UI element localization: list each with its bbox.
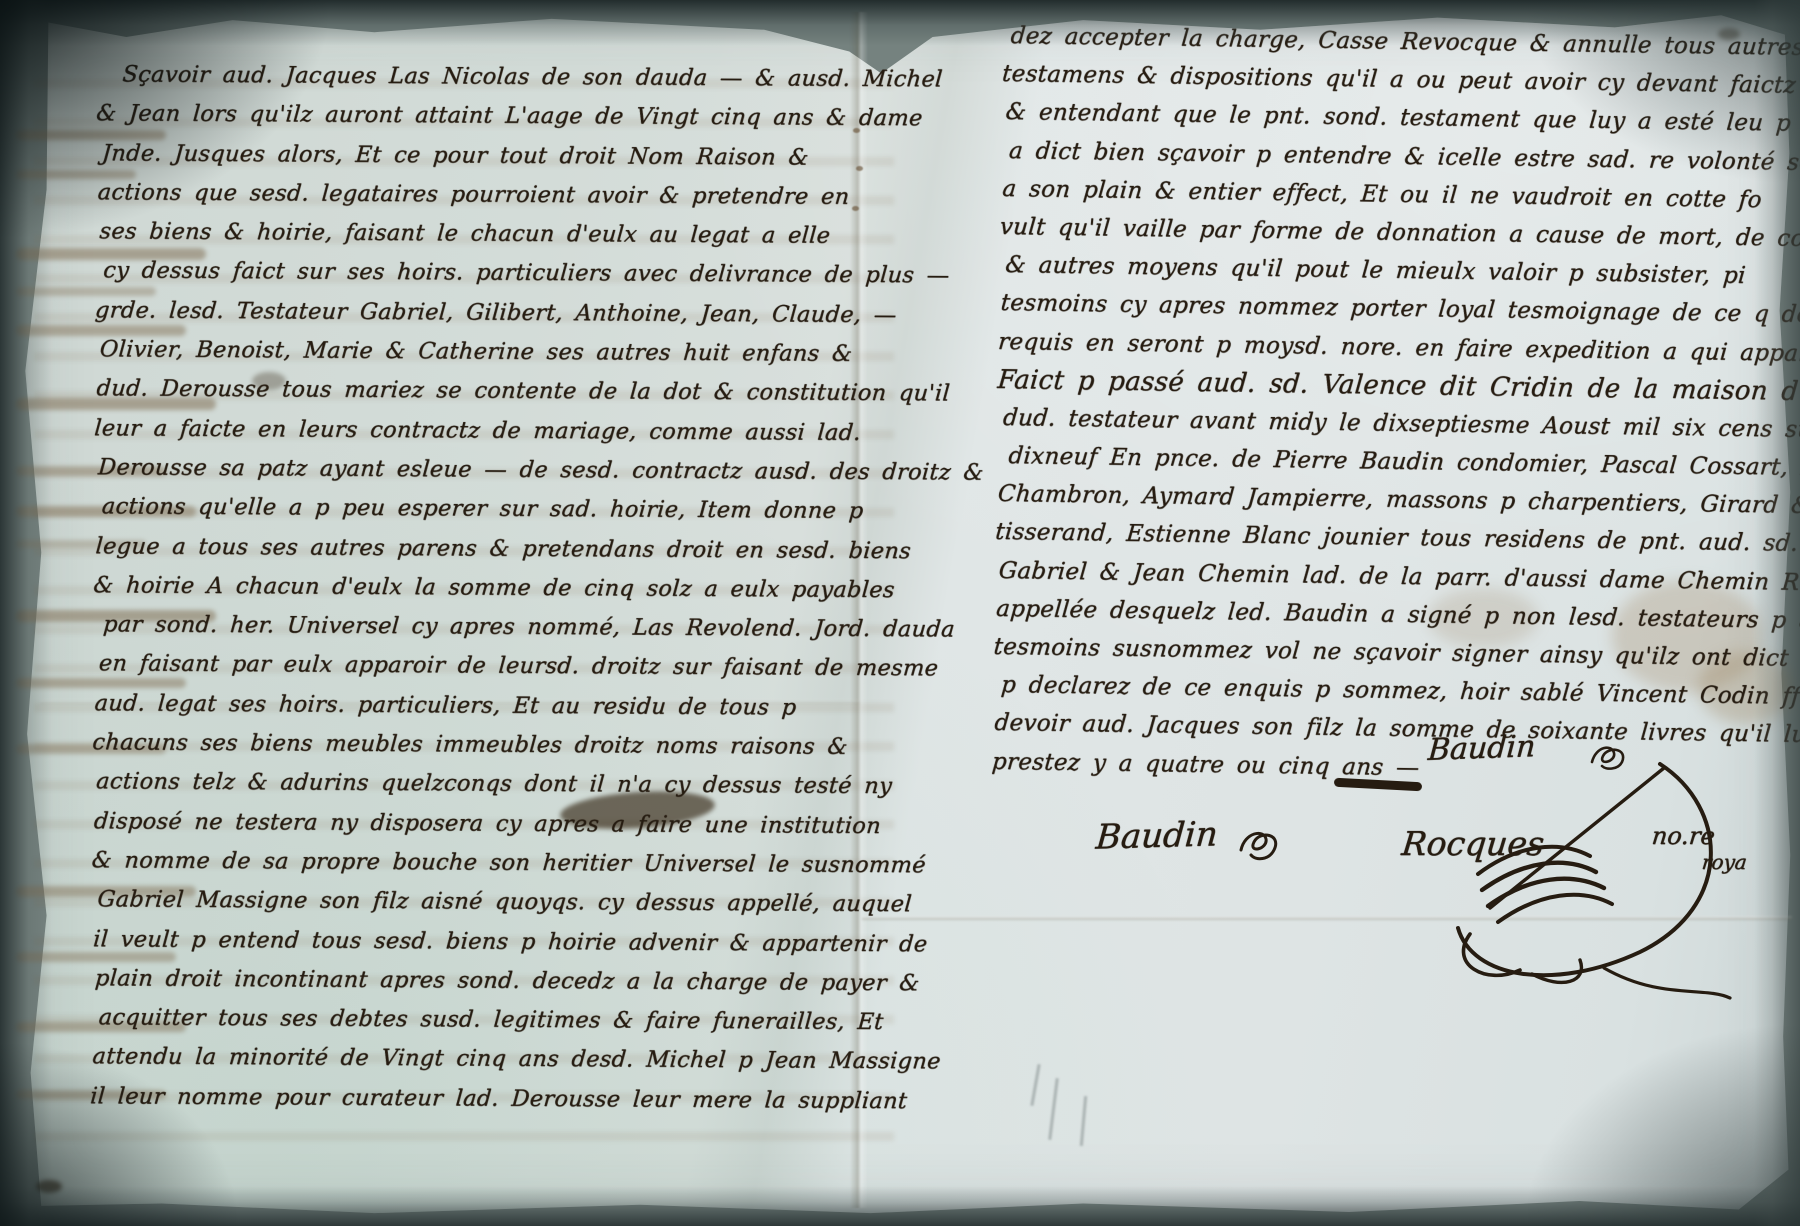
manuscript-line: & nomme de sa propre bouche son heritier…: [90, 841, 983, 886]
manuscript-line: Olivier, Benoist, Marie & Catherine ses …: [93, 330, 986, 375]
manuscript-line: actions telz & adurins quelzconqs dont i…: [91, 763, 984, 808]
right-page-text: dez accepter la charge, Casse Revocque &…: [990, 17, 1800, 795]
manuscript-line: Sçavoir aud. Jacques Las Nicolas de son …: [95, 55, 988, 100]
ink-blot: [36, 1180, 62, 1193]
manuscript-line: legue a tous ses autres parens & pretend…: [92, 527, 985, 572]
manuscript-line: cy dessus faict sur ses hoirs. particuli…: [94, 252, 987, 297]
manuscript-line: & Jean lors qu'ilz auront attaint L'aage…: [95, 95, 988, 140]
manuscript-line: Derousse sa patz ayant esleue — de sesd.…: [93, 448, 986, 493]
manuscript-line: disposé ne testera ny disposera cy apres…: [90, 802, 983, 847]
manuscript-line: grde. lesd. Testateur Gabriel, Gilibert,…: [94, 291, 987, 336]
manuscript-line: aud. legat ses hoirs. particuliers, Et a…: [91, 684, 984, 729]
manuscript-line: il leur nomme pour curateur lad. Derouss…: [89, 1077, 982, 1122]
manuscript-line: actions que sesd. legataires pourroient …: [94, 173, 987, 218]
manuscript-line: chacuns ses biens meubles immeubles droi…: [91, 723, 984, 768]
manuscript-line: il veult p entend tous sesd. biens p hoi…: [90, 920, 983, 965]
manuscript-line: en faisant par eulx apparoir de leursd. …: [91, 645, 984, 690]
left-page-text: Sçavoir aud. Jacques Las Nicolas de son …: [89, 55, 985, 1121]
manuscript-line: & hoirie A chacun d'eulx la somme de cin…: [92, 566, 985, 611]
manuscript-line: Gabriel Massigne son filz aisné quoyqs. …: [90, 881, 983, 926]
manuscript-line: leur a faicte en leurs contractz de mari…: [93, 409, 986, 454]
manuscript-line: ses biens & hoirie, faisant le chacun d'…: [94, 212, 987, 257]
signature-paraph-icon: [1236, 824, 1286, 864]
manuscript-line: par sond. her. Universel cy apres nommé,…: [92, 605, 985, 650]
notarial-paraph-flourish: [1428, 756, 1738, 996]
manuscript-line: dud. Derousse tous mariez se contente de…: [93, 370, 986, 415]
manuscript-line: actions qu'elle a p peu esperer sur sad.…: [92, 488, 985, 533]
manuscript-scan: Sçavoir aud. Jacques Las Nicolas de son …: [0, 0, 1800, 1226]
manuscript-line: Jnde. Jusques alors, Et ce pour tout dro…: [95, 134, 988, 179]
manuscript-line: plain droit incontinant apres sond. dece…: [89, 959, 982, 1004]
manuscript-line: acquitter tous ses debtes susd. legitime…: [89, 998, 982, 1043]
signature-baudin: Baudin: [1094, 814, 1219, 857]
manuscript-line: attendu la minorité de Vingt cinq ans de…: [89, 1038, 982, 1083]
